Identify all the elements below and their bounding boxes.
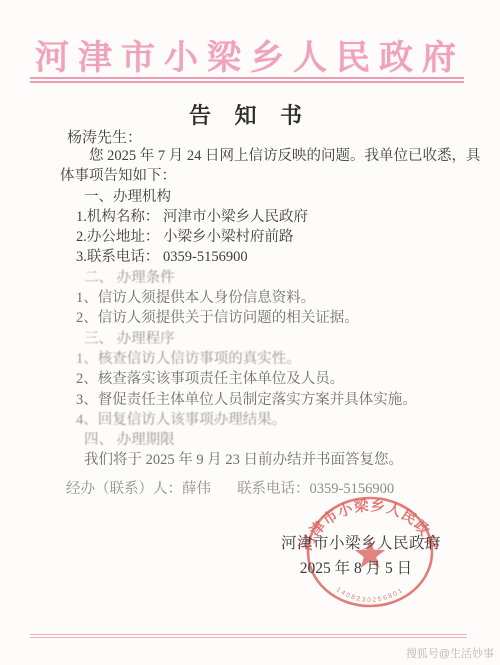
signature-date: 2025 年 8 月 5 日: [281, 556, 431, 578]
watermark-credit: 搜狐号@生活妙事: [406, 645, 494, 661]
body-line: 2、信访人须提供关于信访问题的相关证据。: [60, 308, 468, 328]
section-heading: 一、办理机构: [60, 187, 468, 207]
body-line: 2.办公地址： 小梁乡小梁村府前路: [60, 227, 468, 247]
body-line: 3.联系电话： 0359-5156900: [60, 247, 468, 267]
notice-document-page: 河津市小梁乡人民政府 告 知 书 杨涛先生： 您 2025 年 7 月 24 日…: [0, 0, 500, 665]
body-line: 4、回复信访人该事项办理结果。: [60, 410, 468, 430]
body-line: 体事项告知如下：: [60, 166, 468, 186]
body-line: 您 2025 年 7 月 24 日网上信访反映的问题。我单位已收悉，具: [60, 146, 468, 166]
section-heading: 三、 办理程序: [60, 329, 468, 349]
section-heading: 二、 办理条件: [60, 268, 468, 288]
bottom-divider: [30, 634, 467, 638]
body-line: 1、核查信访人信访事项的真实性。: [60, 349, 468, 369]
signature-org: 河津市小梁乡人民政府: [281, 531, 441, 553]
salutation: 杨涛先生：: [67, 126, 142, 147]
body-line: 3、督促责任主体单位人员制定落实方案并具体实施。: [60, 390, 468, 410]
body-line: 1、信访人须提供本人身份信息资料。: [60, 288, 468, 308]
body-text: 您 2025 年 7 月 24 日网上信访反映的问题。我单位已收悉，具 体事项告…: [60, 146, 468, 471]
body-line: 1.机构名称： 河津市小梁乡人民政府: [60, 207, 468, 227]
letterhead-org-title: 河津市小梁乡人民政府: [0, 30, 500, 79]
section-heading: 四、 办理期限: [60, 430, 468, 450]
handler-name: 经办（联系）人：薛伟: [66, 481, 211, 497]
body-line: 我们将于 2025 年 9 月 23 日前办结并书面答复您。: [60, 450, 468, 470]
letterhead-divider: [30, 77, 464, 83]
body-line: 2、核查落实该事项责任主体单位及人员。: [60, 369, 468, 389]
